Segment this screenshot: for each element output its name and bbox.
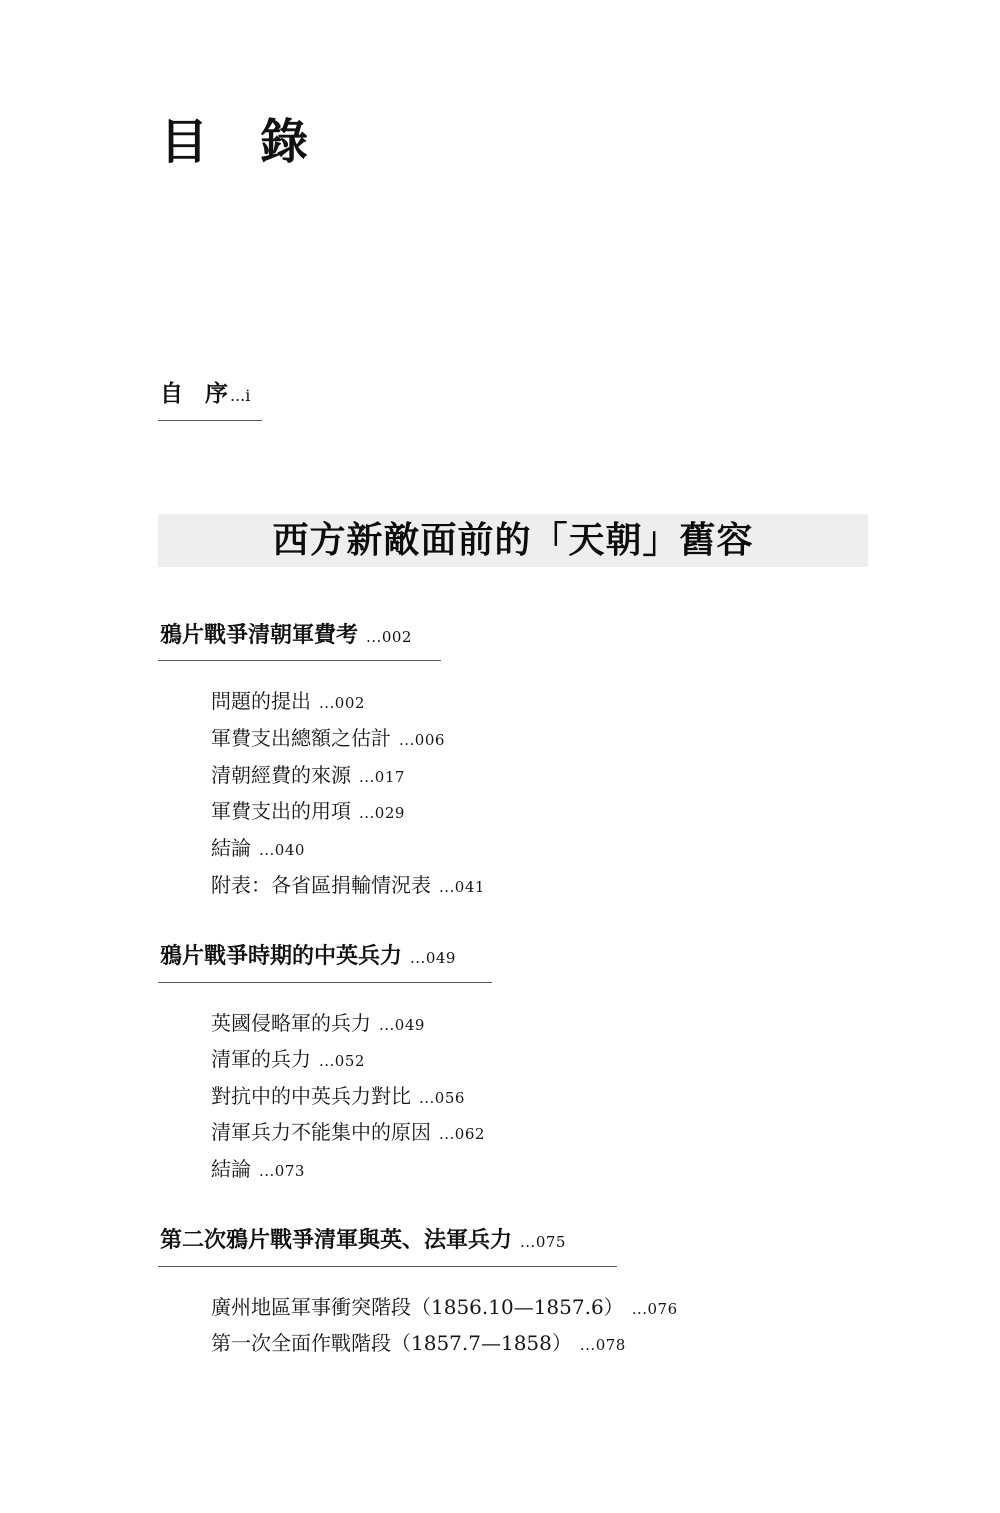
page-number: ...078: [580, 1336, 626, 1354]
toc-section[interactable]: 第一次全面作戰階段（1857.7—1858）...078: [211, 1329, 626, 1359]
page-number: ...056: [419, 1089, 465, 1107]
section-title: 軍費支出總額之估計: [211, 726, 391, 750]
toc-section[interactable]: 結論...040: [211, 834, 305, 864]
chapter-title: 第二次鴉片戰爭清軍與英、法軍兵力: [160, 1227, 512, 1253]
preface-char-2: 序: [205, 380, 228, 407]
toc-chapter[interactable]: 鴉片戰爭時期的中英兵力...049: [160, 941, 456, 973]
part-title: 西方新敵面前的「天朝」舊容: [272, 514, 753, 567]
toc-chapter[interactable]: 鴉片戰爭清朝軍費考...002: [160, 620, 412, 652]
page-number: ...041: [439, 878, 485, 896]
section-title: 問題的提出: [211, 689, 311, 713]
page-number: ...049: [410, 949, 456, 967]
toc-section[interactable]: 對抗中的中英兵力對比...056: [211, 1082, 465, 1112]
page-number: ...002: [366, 628, 412, 646]
toc-section[interactable]: 附表：各省區捐輸情況表...041: [211, 871, 485, 901]
page-number: ...076: [632, 1300, 678, 1318]
page-number: ...049: [379, 1016, 425, 1034]
toc-section[interactable]: 軍費支出的用項...029: [211, 797, 405, 827]
page-number: ...i: [230, 386, 250, 405]
divider-rule: [158, 660, 441, 661]
chapter-title: 鴉片戰爭清朝軍費考: [160, 622, 358, 648]
section-title: 清朝經費的來源: [211, 763, 351, 787]
section-title: 英國侵略軍的兵力: [211, 1011, 371, 1035]
toc-section[interactable]: 清軍兵力不能集中的原因...062: [211, 1118, 485, 1148]
toc-section[interactable]: 英國侵略軍的兵力...049: [211, 1009, 425, 1039]
toc-chapter[interactable]: 第二次鴉片戰爭清軍與英、法軍兵力...075: [160, 1225, 566, 1257]
toc-section[interactable]: 清朝經費的來源...017: [211, 761, 405, 791]
page-title-char-2: 錄: [260, 114, 308, 170]
page-number: ...062: [439, 1125, 485, 1143]
section-title: 附表：各省區捐輸情況表: [211, 873, 431, 897]
toc-section[interactable]: 軍費支出總額之估計...006: [211, 724, 445, 754]
toc-section[interactable]: 結論...073: [211, 1155, 305, 1185]
page-number: ...073: [259, 1162, 305, 1180]
preface-char-1: 自: [160, 380, 183, 407]
toc-entry-preface[interactable]: 自序...i: [160, 378, 250, 412]
page-number: ...006: [399, 731, 445, 749]
page-number: ...029: [359, 804, 405, 822]
section-title: 結論: [211, 836, 251, 860]
section-title: 清軍的兵力: [211, 1047, 311, 1071]
section-title: 第一次全面作戰階段（1857.7—1858）: [211, 1331, 572, 1355]
toc-section[interactable]: 廣州地區軍事衝突階段（1856.10—1857.6）...076: [211, 1293, 678, 1323]
page-number: ...017: [359, 768, 405, 786]
chapter-title: 鴉片戰爭時期的中英兵力: [160, 943, 402, 969]
divider-rule: [158, 420, 262, 421]
page-title-char-1: 目: [160, 114, 208, 170]
page-number: ...002: [319, 694, 365, 712]
page-number: ...040: [259, 841, 305, 859]
page-title: 目錄: [160, 112, 308, 172]
section-title: 廣州地區軍事衝突階段（1856.10—1857.6）: [211, 1295, 624, 1319]
page-number: ...075: [520, 1233, 566, 1251]
toc-section[interactable]: 清軍的兵力...052: [211, 1045, 365, 1075]
section-title: 結論: [211, 1157, 251, 1181]
toc-section[interactable]: 問題的提出...002: [211, 687, 365, 717]
page-number: ...052: [319, 1052, 365, 1070]
section-title: 對抗中的中英兵力對比: [211, 1084, 411, 1108]
part-banner: 西方新敵面前的「天朝」舊容: [158, 514, 868, 567]
divider-rule: [158, 1266, 617, 1267]
section-title: 軍費支出的用項: [211, 799, 351, 823]
divider-rule: [158, 982, 492, 983]
section-title: 清軍兵力不能集中的原因: [211, 1120, 431, 1144]
